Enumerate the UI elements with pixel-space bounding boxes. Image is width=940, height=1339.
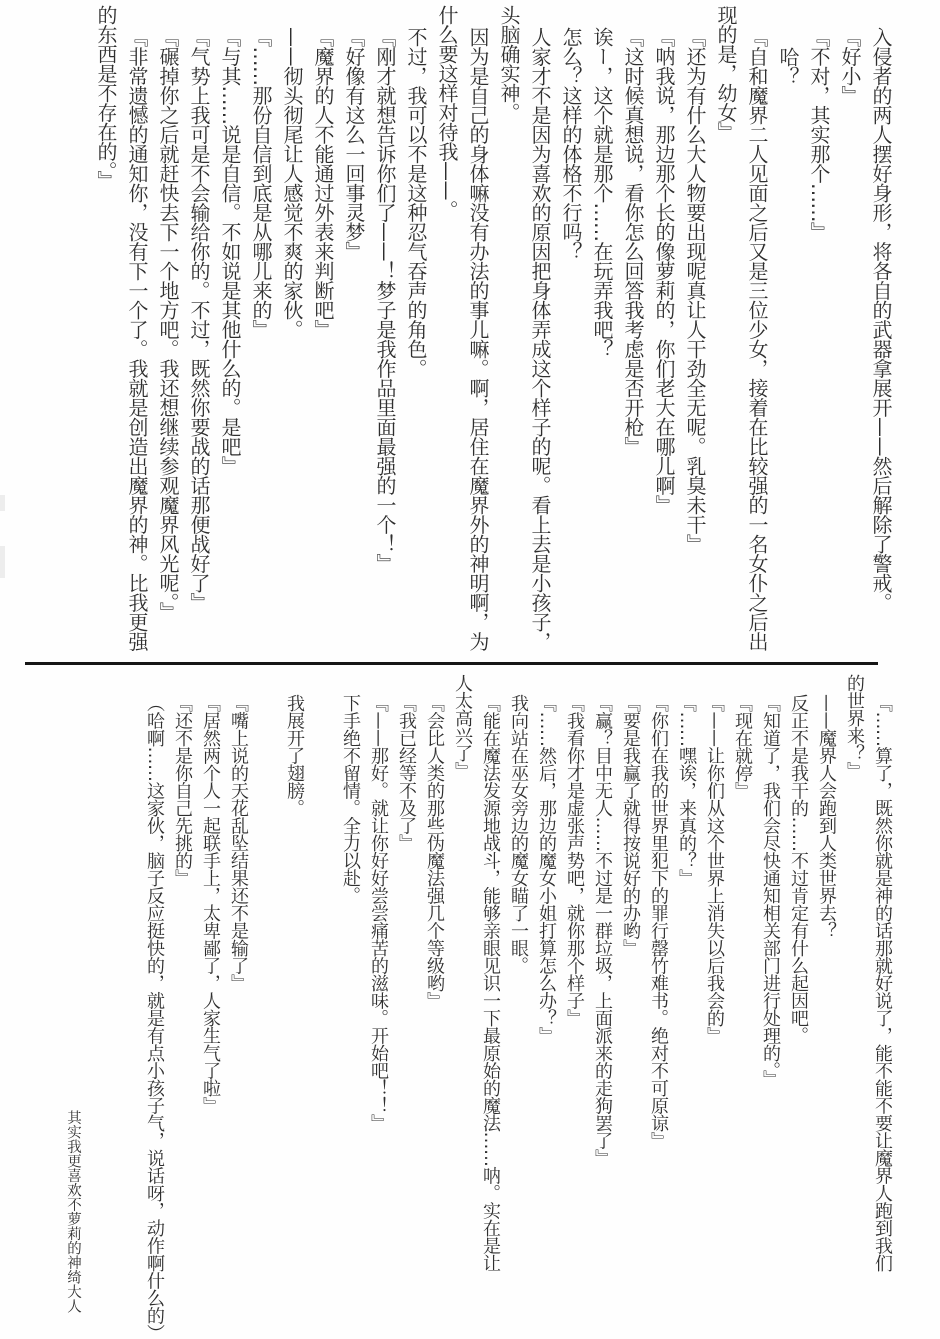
scan-edge-artifact bbox=[0, 546, 5, 578]
paragraph: 『自和魔界二人见面之后又是三位少女，接着在比较强的一名女仆之后出 现的是，幼女』 bbox=[710, 5, 772, 657]
paragraph bbox=[308, 674, 336, 1334]
paragraph: 『与其……说是自信。不如说是其他什么的。是吧』 bbox=[214, 5, 245, 657]
paragraph: 因为是自己的身体嘛没有办法的事儿嘛。啊，居住在魔界外的神明啊，为 什么要这样对待… bbox=[431, 5, 493, 657]
paragraph: 『我看你才是虚张声势吧，就你那个样子』 bbox=[560, 674, 588, 1334]
paragraph: 『……那份自信到底是从哪儿来的』 bbox=[245, 5, 276, 657]
top-text-block: 入侵者的两人摆好身形，将各自的武器拿展开——然后解除了警戒。『好小』『不对，其实… bbox=[84, 5, 896, 657]
paragraph: 『好像有这么一回事灵梦』 bbox=[338, 5, 369, 657]
paragraph: 『气势上我可是不会输给你的。不过，既然你要战的话那便战好了』 bbox=[183, 5, 214, 657]
paragraph: 反正不是我干的……不过肯定有什么起因吧。 bbox=[784, 674, 812, 1334]
paragraph bbox=[252, 674, 280, 1334]
paragraph: 不过，我可以不是这种忍气吞声的角色。 bbox=[400, 5, 431, 657]
paragraph: （哈啊……这家伙，脑子反应挺快的，就是有点小孩子气，说话呀，动作啊什么的） bbox=[140, 674, 168, 1334]
paragraph: 『呐我说，那边那个长的像萝莉的，你们老大在哪儿啊』 bbox=[648, 5, 679, 657]
paragraph: 『居然两个人一起联手上，太卑鄙了，人家生气了啦』 bbox=[196, 674, 224, 1334]
paragraph: 『我已经等不及了』 bbox=[392, 674, 420, 1334]
paragraph: 『还为有什么大人物要出现呢真让人干劲全无呢。乳臭未干』 bbox=[679, 5, 710, 657]
paragraph: 『现在就停』 bbox=[728, 674, 756, 1334]
scan-edge-artifact bbox=[0, 495, 5, 511]
paragraph: 人家才不是因为喜欢的原因把身体弄成这个样子的呢。看上去是小孩子， 头脑确实神。 bbox=[493, 5, 555, 657]
margin-footnote: 其实我更喜欢不萝莉的神绮大人 bbox=[18, 1110, 128, 1328]
paragraph: 『不对，其实那个……』 bbox=[803, 5, 834, 657]
paragraph: 下手绝不留情。全力以赴。 bbox=[336, 674, 364, 1334]
bottom-text-block: 『……算了，既然你就是神的话那就好说了，能不能不要让魔界人跑到我们 的世界来？』… bbox=[134, 674, 896, 1334]
paragraph: 『知道了，我们会尽快通知相关部门进行处理的。』 bbox=[756, 674, 784, 1334]
paragraph: 怎么？这样的体格不行吗？ bbox=[555, 5, 586, 657]
paragraph: 入侵者的两人摆好身形，将各自的武器拿展开——然后解除了警戒。 bbox=[865, 5, 896, 657]
paragraph: 『还不是你自己先挑的』 bbox=[168, 674, 196, 1334]
paragraph: 『这时候真想说，看你怎么回答我考虑是否开枪』 bbox=[617, 5, 648, 657]
paragraph: 『要是我赢了就得按说好的办哟』 bbox=[616, 674, 644, 1334]
paragraph: ——彻头彻尾让人感觉不爽的家伙。 bbox=[276, 5, 307, 657]
paragraph: 『嘴上说的天花乱坠结果还不是输了』 bbox=[224, 674, 252, 1334]
paragraph: 『刚才就想告诉你们了——！梦子是我作品里面最强的一个！』 bbox=[369, 5, 400, 657]
paragraph: 『会比人类的那些伪魔法强几个等级哟』 bbox=[420, 674, 448, 1334]
paragraph: ——魔界人会跑到人类世界去？ bbox=[812, 674, 840, 1334]
novel-page: 入侵者的两人摆好身形，将各自的武器拿展开——然后解除了警戒。『好小』『不对，其实… bbox=[0, 0, 940, 1339]
paragraph: 『——那好。就让你好好尝尝痛苦的滋味。开始吧！！』 bbox=[364, 674, 392, 1334]
paragraph: 『……然后，那边的魔女小姐打算怎么办？』 bbox=[532, 674, 560, 1334]
paragraph: 『——让你们从这个世界上消失以后我会的』 bbox=[700, 674, 728, 1334]
paragraph: 『……嘿诶，来真的？』 bbox=[672, 674, 700, 1334]
footnote-text: 其实我更喜欢不萝莉的神绮大人 bbox=[62, 1110, 84, 1328]
paragraph: 『你们在我的世界里犯下的罪行罄竹难书。绝对不可原谅』 bbox=[644, 674, 672, 1334]
paragraph: 『好小』 bbox=[834, 5, 865, 657]
paragraph: 『魔界的人不能通过外表来判断吧』 bbox=[307, 5, 338, 657]
paragraph: 诶ー，这个就是那个……在玩弄我吧？ bbox=[586, 5, 617, 657]
section-divider-line bbox=[25, 662, 878, 665]
paragraph: 『……算了，既然你就是神的话那就好说了，能不能不要让魔界人跑到我们 的世界来？』 bbox=[840, 674, 896, 1334]
paragraph: 『碾掉你之后就赶快去下一个地方吧。我还想继续参观魔界风光呢。』 bbox=[152, 5, 183, 657]
paragraph: 我展开了翅膀。 bbox=[280, 674, 308, 1334]
paragraph: 『能在魔法发源地战斗，能够亲眼见识一下最原始的魔法……呐。实在是让 人太高兴了』 bbox=[448, 674, 504, 1334]
paragraph: 哈？ bbox=[772, 5, 803, 657]
paragraph: 『非常遗憾的通知你，没有下一个了。我就是创造出魔界的神。比我更强 的东西是不存在… bbox=[90, 5, 152, 657]
paragraph: 我向站在巫女旁边的魔女瞄了一眼。 bbox=[504, 674, 532, 1334]
paragraph: 『赢？目中无人……不过是一群垃圾，上面派来的走狗罢了』 bbox=[588, 674, 616, 1334]
